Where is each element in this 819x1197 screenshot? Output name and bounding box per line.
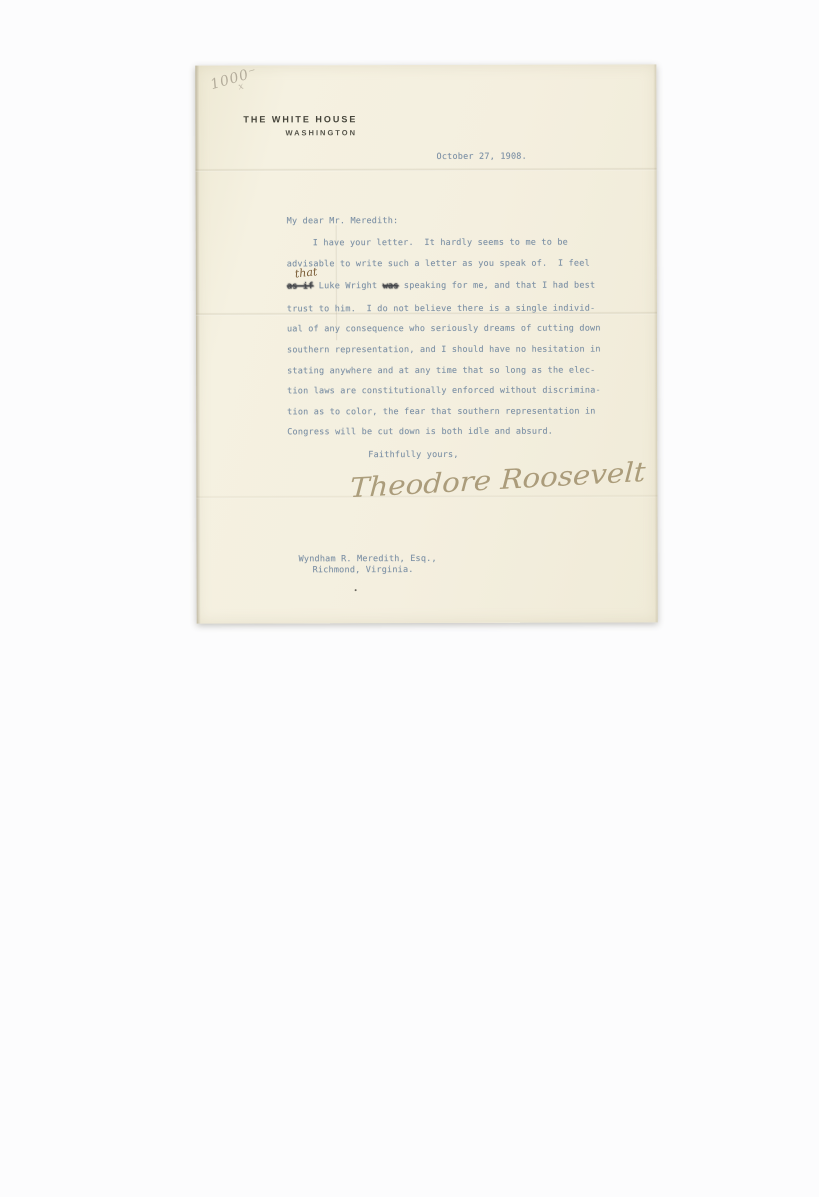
body-line: southern representation, and I should ha… <box>287 345 601 356</box>
fold-crease-top <box>196 167 657 171</box>
recipient-name: Wyndham R. Meredith, Esq., <box>299 554 437 564</box>
paper-speck <box>355 589 357 591</box>
handwritten-insert: that <box>294 265 318 280</box>
recipient-city: Richmond, Virginia. <box>313 565 414 575</box>
body-line-corrected: as if Luke Wright was speaking for me, a… <box>287 281 595 292</box>
body-line: tion as to color, the fear that southern… <box>287 407 595 418</box>
pencil-price-annotation: 1000⁻ x <box>209 67 261 100</box>
body-line: tion laws are constitutionally enforced … <box>287 386 601 397</box>
signature-svg: Theodore Roosevelt <box>348 454 658 507</box>
body-line: stating anywhere and at any time that so… <box>287 366 595 377</box>
photo-background: { "letter": { "pencil_note": { "main": "… <box>0 0 819 1197</box>
signature-text: Theodore Roosevelt <box>349 457 646 504</box>
letterhead-line2: WASHINGTON <box>285 128 357 137</box>
letter-paper: 1000⁻ x THE WHITE HOUSE WASHINGTON Octob… <box>195 64 657 623</box>
salutation: My dear Mr. Meredith: <box>287 216 399 226</box>
body-line: trust to him. I do not believe there is … <box>287 304 595 315</box>
body-line: I have your letter. It hardly seems to m… <box>313 238 568 249</box>
kept-text: Luke Wright <box>319 281 378 291</box>
struck-out-text: as if <box>287 281 314 291</box>
date-line: October 27, 1908. <box>436 152 526 162</box>
body-line: Congress will be cut down is both idle a… <box>287 427 553 438</box>
letterhead-line1: THE WHITE HOUSE <box>243 114 357 124</box>
body-line: advisable to write such a letter as you … <box>287 259 590 270</box>
signature-block: Theodore Roosevelt <box>348 454 658 507</box>
kept-text: speaking for me, and that I had best <box>404 281 595 292</box>
body-line: ual of any consequence who seriously dre… <box>287 324 601 335</box>
struck-out-text: was <box>383 281 399 291</box>
